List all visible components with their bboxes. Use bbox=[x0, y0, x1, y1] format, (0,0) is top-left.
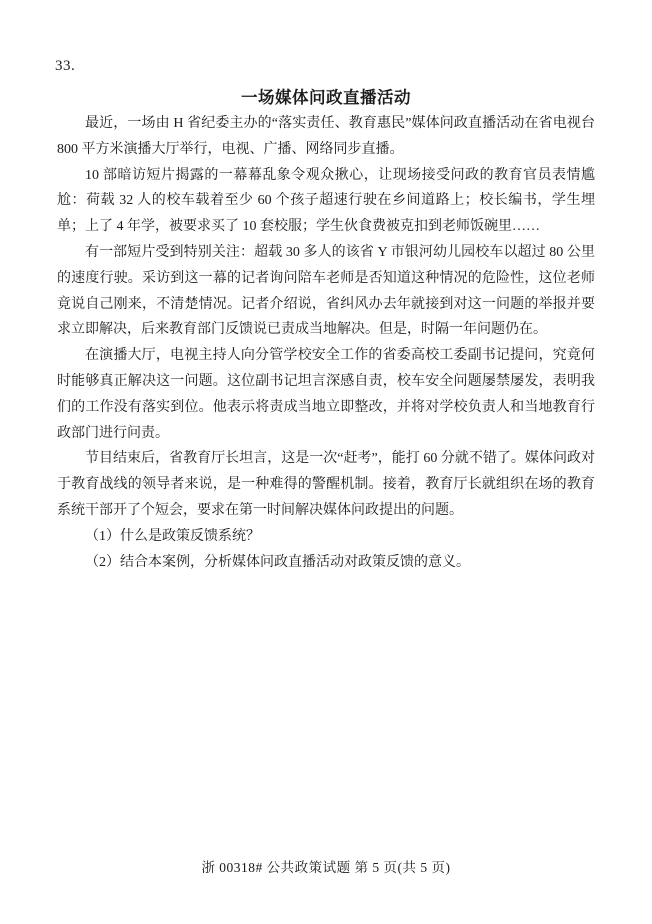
sub-question: （2）结合本案例，分析媒体问政直播活动对政策反馈的意义。 bbox=[57, 550, 595, 576]
paragraph: 10 部暗访短片揭露的一幕幕乱象令观众揪心，让现场接受问政的教育官员表情尴尬：荷… bbox=[57, 163, 595, 240]
case-body: 最近，一场由 H 省纪委主办的“落实责任、教育惠民”媒体问政直播活动在省电视台 … bbox=[57, 111, 595, 575]
page-footer: 浙 00318# 公共政策试题 第 5 页(共 5 页) bbox=[0, 856, 652, 876]
paragraph: 节目结束后，省教育厅长坦言，这是一次“赶考”，能打 60 分就不错了。媒体问政对… bbox=[57, 446, 595, 523]
paragraph: 在演播大厅，电视主持人向分管学校安全工作的省委高校工委副书记提问，究竟何时能够真… bbox=[57, 343, 595, 446]
question-number: 33. bbox=[55, 58, 75, 75]
paragraph: 有一部短片受到特别关注：超载 30 多人的该省 Y 市银河幼儿园校车以超过 80… bbox=[57, 240, 595, 343]
case-title: 一场媒体问政直播活动 bbox=[0, 84, 652, 108]
sub-question: （1）什么是政策反馈系统？ bbox=[57, 524, 595, 550]
exam-page: 33. 一场媒体问政直播活动 最近，一场由 H 省纪委主办的“落实责任、教育惠民… bbox=[0, 0, 652, 924]
paragraph: 最近，一场由 H 省纪委主办的“落实责任、教育惠民”媒体问政直播活动在省电视台 … bbox=[57, 111, 595, 163]
